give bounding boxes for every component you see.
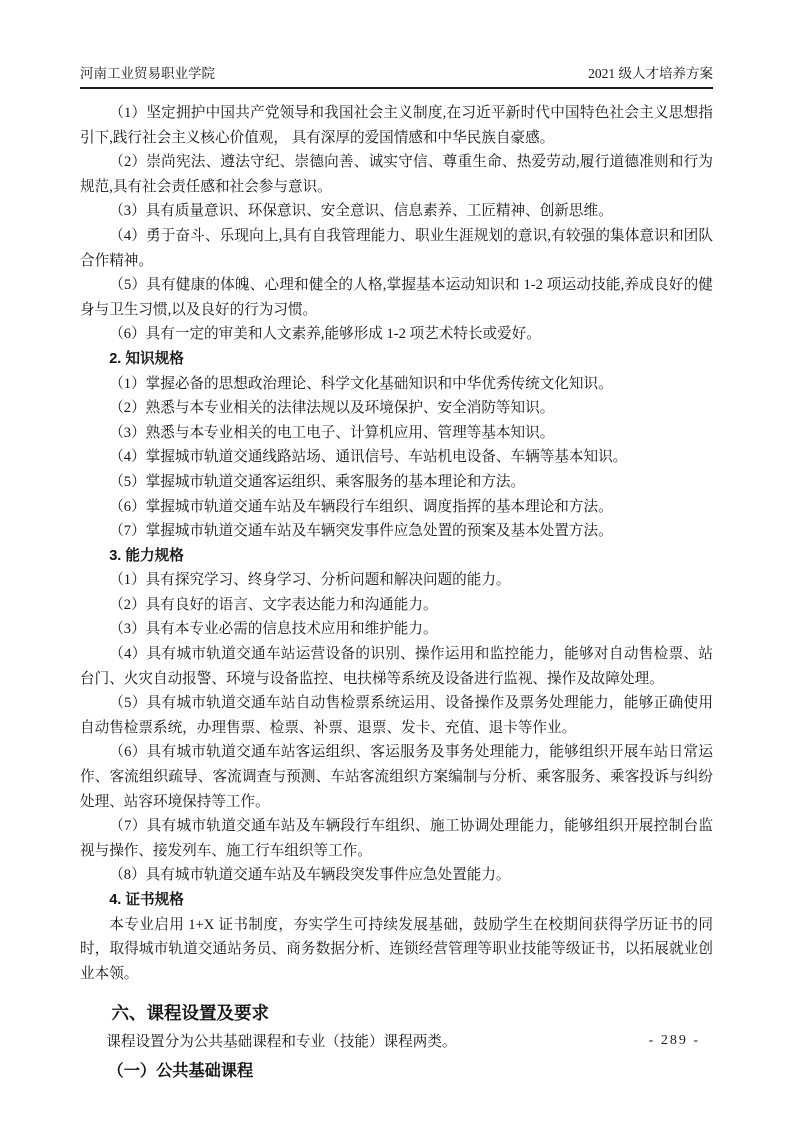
section-heading-ability: 3. 能力规格 [80,544,713,569]
header-school-name: 河南工业贸易职业学院 [80,64,215,84]
list-item-politics-2: （2）崇尚宪法、遵法守纪、崇德向善、诚实守信、尊重生命、热爱劳动,履行道德准则和… [80,150,713,199]
list-item-ability-7: （7）具有城市轨道交通车站及车辆段行车组织、施工协调处理能力，能够组织开展控制台… [80,814,713,863]
list-item-ability-5: （5）具有城市轨道交通车站自动售检票系统运用、设备操作及票务处理能力，能够正确使… [80,691,713,740]
list-item-ability-8: （8）具有城市轨道交通车站及车辆段突发事件应急处置能力。 [80,863,713,888]
list-item-knowledge-7: （7）掌握城市轨道交通车站及车辆突发事件应急处置的预案及基本处置方法。 [80,519,713,544]
paragraph-certificate: 本专业启用 1+X 证书制度，夯实学生可持续发展基础，鼓励学生在校期间获得学历证… [80,913,713,987]
list-item-ability-2: （2）具有良好的语言、文字表达能力和沟通能力。 [80,593,713,618]
list-item-ability-1: （1）具有探究学习、终身学习、分析问题和解决问题的能力。 [80,568,713,593]
list-item-politics-1: （1）坚定拥护中国共产党领导和我国社会主义制度,在习近平新时代中国特色社会主义思… [80,101,713,150]
list-item-politics-4: （4）勇于奋斗、乐现向上,具有自我管理能力、职业生涯规划的意识,有较强的集体意识… [80,224,713,273]
page-header: 河南工业贸易职业学院 2021 级人才培养方案 [80,64,713,89]
list-item-knowledge-5: （5）掌握城市轨道交通客运组织、乘客服务的基本理论和方法。 [80,470,713,495]
paragraph-curriculum-intro: 课程设置分为公共基础课程和专业（技能）课程两类。 [80,1030,713,1055]
list-item-knowledge-6: （6）掌握城市轨道交通车站及车辆段行车组织、调度指挥的基本理论和方法。 [80,495,713,520]
document-body: （1）坚定拥护中国共产党领导和我国社会主义制度,在习近平新时代中国特色社会主义思… [80,101,713,1085]
list-item-knowledge-3: （3）熟悉与本专业相关的电工电子、计算机应用、管理等基本知识。 [80,421,713,446]
list-item-politics-6: （6）具有一定的审美和人文素养,能够形成 1-2 项艺术特长或爱好。 [80,322,713,347]
section-heading-certificate: 4. 证书规格 [80,888,713,913]
list-item-knowledge-1: （1）掌握必备的思想政治理论、科学文化基础知识和中华优秀传统文化知识。 [80,372,713,397]
page-number: - 289 - [649,1031,700,1051]
list-item-politics-5: （5）具有健康的体魄、心理和健全的人格,掌握基本运动知识和 1-2 项运动技能,… [80,273,713,322]
list-item-knowledge-4: （4）掌握城市轨道交通线路站场、通讯信号、车站机电设备、车辆等基本知识。 [80,445,713,470]
list-item-politics-3: （3）具有质量意识、环保意识、安全意识、信息素养、工匠精神、创新思维。 [80,199,713,224]
sub-heading-public-basic-courses: （一）公共基础课程 [80,1057,713,1085]
list-item-knowledge-2: （2）熟悉与本专业相关的法律法规以及环境保护、安全消防等知识。 [80,396,713,421]
header-doc-title: 2021 级人才培养方案 [588,64,713,84]
section-heading-knowledge: 2. 知识规格 [80,347,713,372]
document-page: 河南工业贸易职业学院 2021 级人才培养方案 （1）坚定拥护中国共产党领导和我… [0,0,793,1122]
chapter-heading-curriculum: 六、课程设置及要求 [80,998,713,1028]
list-item-ability-3: （3）具有本专业必需的信息技术应用和维护能力。 [80,617,713,642]
list-item-ability-4: （4）具有城市轨道交通车站运营设备的识别、操作运用和监控能力，能够对自动售检票、… [80,642,713,691]
list-item-ability-6: （6）具有城市轨道交通车站客运组织、客运服务及事务处理能力，能够组织开展车站日常… [80,740,713,814]
